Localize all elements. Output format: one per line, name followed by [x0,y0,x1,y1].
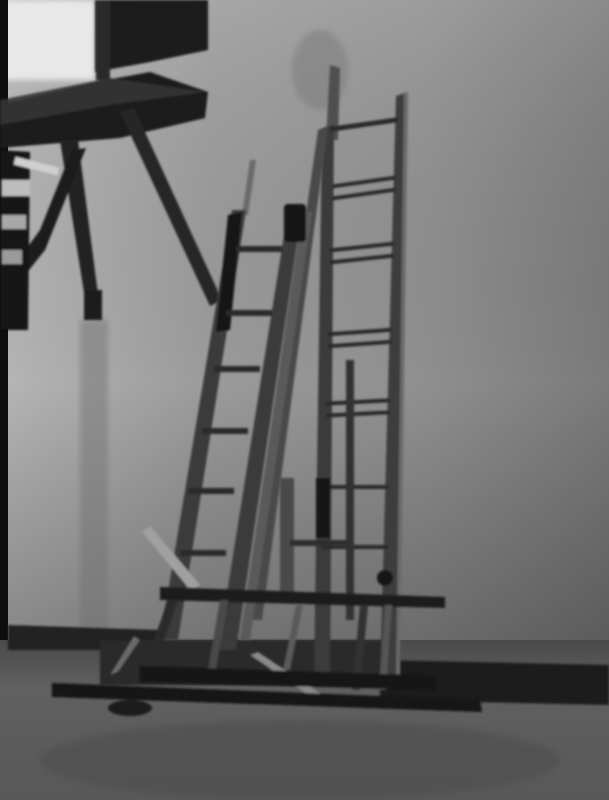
photograph [0,0,609,800]
photo-canvas [0,0,609,800]
film-grain [0,0,609,800]
